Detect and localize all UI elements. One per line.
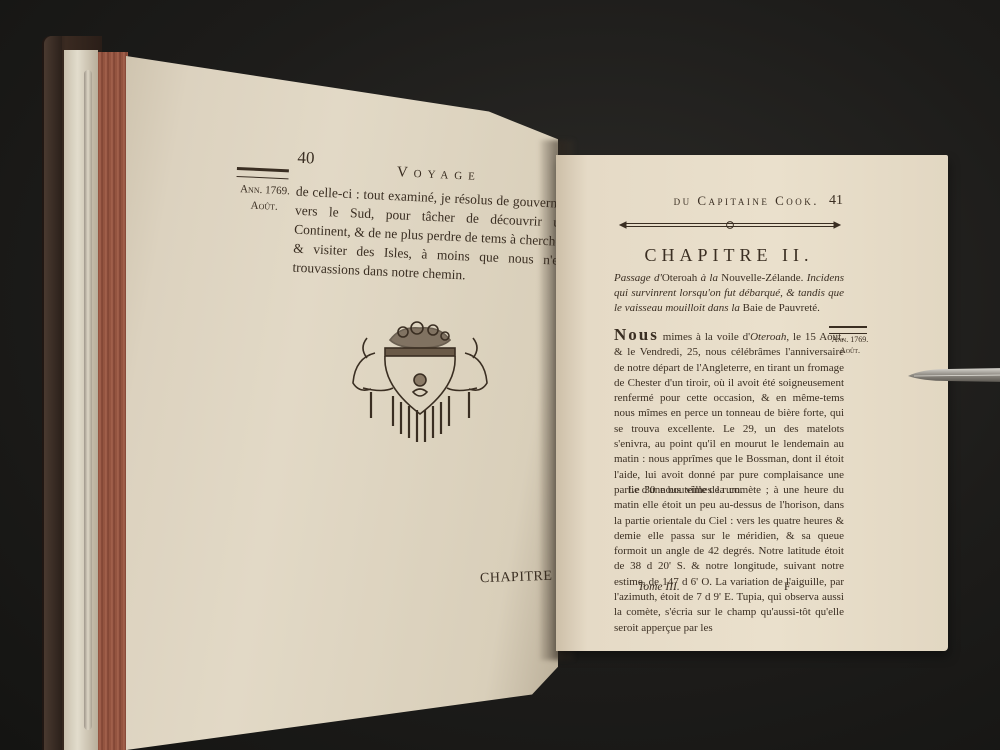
margin-note-left: Ann. 1769. Août. bbox=[235, 181, 294, 216]
book-photo: 40 Voyage Ann. 1769. Août. de celle-ci :… bbox=[0, 0, 1000, 750]
page-number-left: 40 bbox=[297, 148, 315, 169]
chapter-title: CHAPITRE II. bbox=[614, 245, 844, 266]
gathering-signature: F bbox=[784, 581, 790, 593]
running-head-right: du Capitaine Cook. bbox=[614, 193, 819, 209]
chapter-summary: Passage d'Oteroah à la Nouvelle-Zélande.… bbox=[614, 271, 844, 316]
cover-edge bbox=[44, 36, 62, 750]
letter-opener-icon bbox=[908, 366, 1000, 384]
left-page-body: de celle-ci : tout examiné, je résolus d… bbox=[292, 182, 568, 289]
paragraph-2: Le 30 nous vîmes la comète ; à une heure… bbox=[614, 483, 844, 636]
margin-note-right: Ann. 1769. Août. bbox=[828, 334, 872, 356]
ornament-vignette-icon bbox=[345, 318, 495, 448]
decorative-rule-icon bbox=[618, 221, 842, 229]
endpaper bbox=[64, 50, 98, 750]
volume-signature: Tome III. bbox=[638, 581, 680, 593]
drop-cap: Nous bbox=[614, 325, 659, 344]
margin-rule-right bbox=[829, 326, 867, 334]
page-number-right: 41 bbox=[829, 193, 843, 209]
paragraph-1: Nous mimes à la voile d'Oteroah, le 15 A… bbox=[614, 327, 844, 498]
endpaper-fold bbox=[84, 70, 92, 730]
red-page-edges bbox=[98, 52, 128, 750]
